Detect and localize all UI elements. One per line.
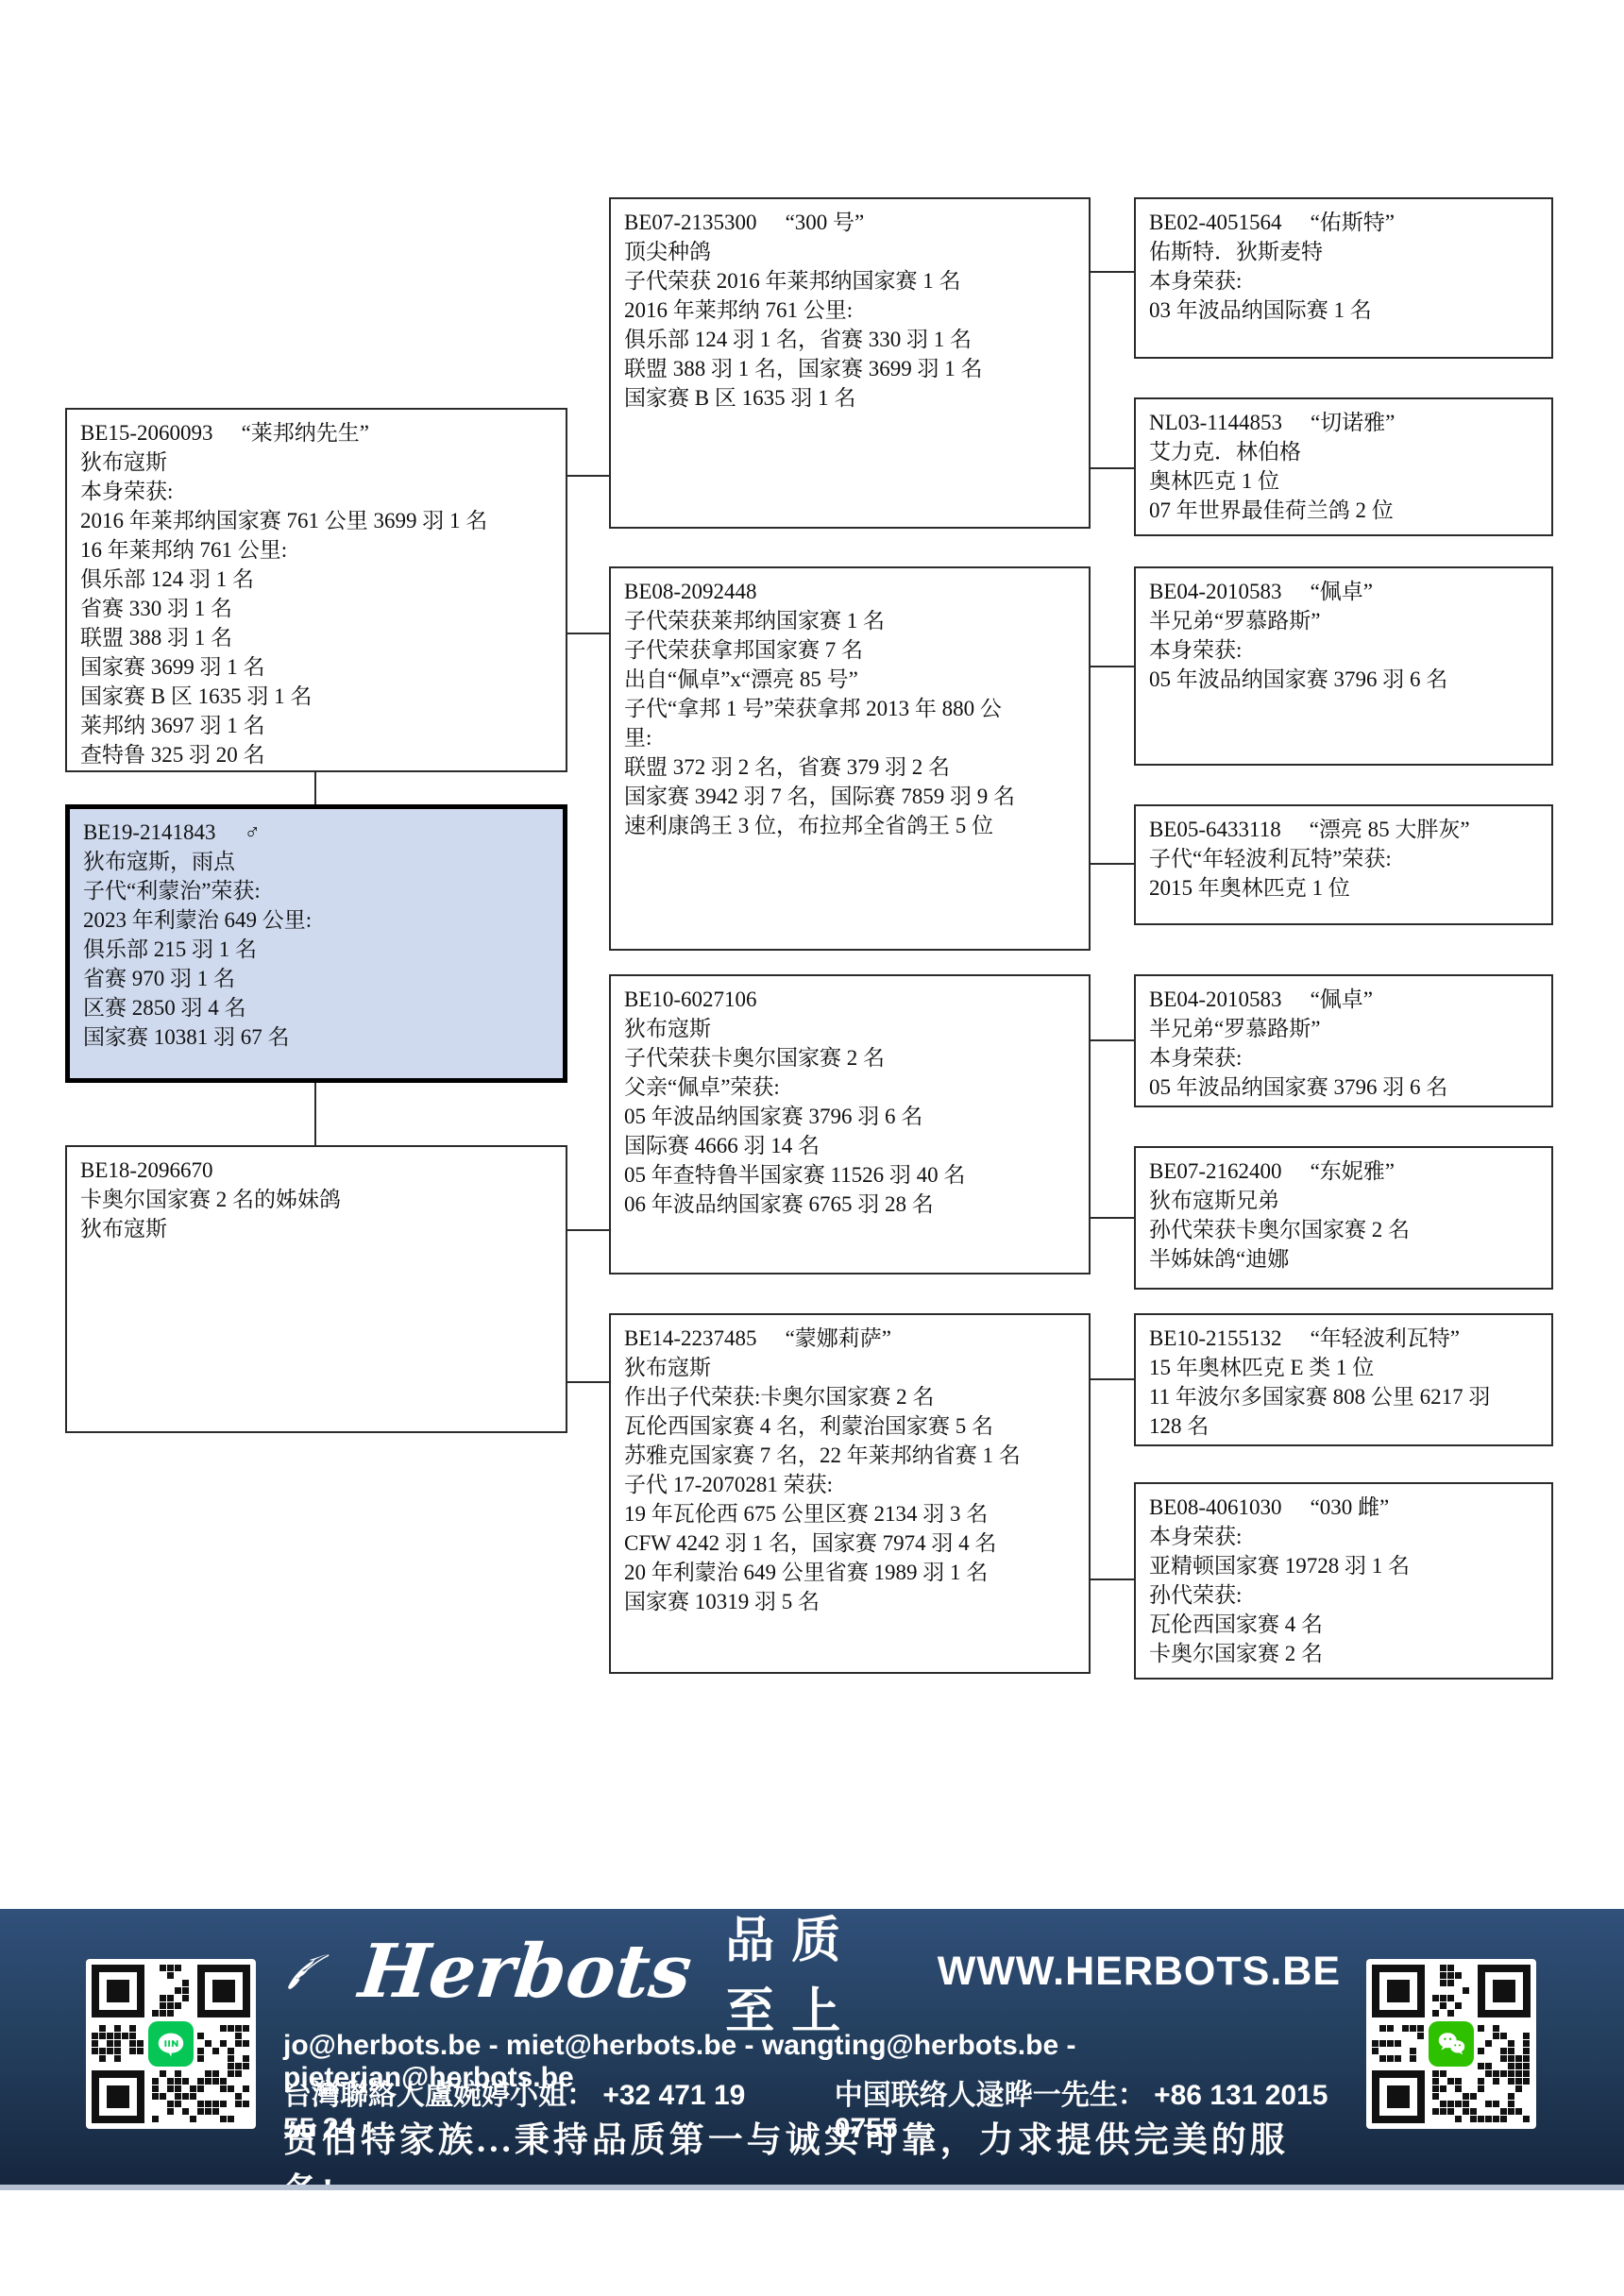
pigeon-details: 艾力克．林伯格奥林匹克 1 位07 年世界最佳荷兰鸽 2 位 (1149, 437, 1538, 525)
pedigree-box-dam-dam: BE14-2237485“蒙娜莉萨” 狄布寇斯作出子代荣获:卡奥尔国家赛 2 名… (609, 1313, 1091, 1674)
ring-number: BE04-2010583 (1149, 580, 1282, 603)
footer-banner: Herbots 品质至上 WWW.HERBOTS.BE jo@herbots.b… (0, 1909, 1624, 2185)
connector-line (567, 633, 609, 634)
connector-line (1091, 467, 1134, 469)
brand-wordmark: Herbots (356, 1929, 697, 2015)
box-header: NL03-1144853“切诺雅” (1149, 408, 1538, 437)
pigeon-details: 子代荣获莱邦纳国家赛 1 名子代荣获拿邦国家赛 7 名出自“佩卓”x“漂亮 85… (624, 606, 1075, 840)
ring-number: BE05-6433118 (1149, 818, 1281, 841)
connector-line (567, 475, 609, 477)
pigeon-details: 狄布寇斯作出子代荣获:卡奥尔国家赛 2 名瓦伦西国家赛 4 名，利蒙治国家赛 5… (624, 1353, 1075, 1616)
website-url: WWW.HERBOTS.BE (938, 1949, 1341, 1995)
connector-line (1091, 863, 1134, 865)
box-header: BE15-2060093“莱邦纳先生” (80, 418, 552, 447)
pigeon-details: 狄布寇斯本身荣获:2016 年莱邦纳国家赛 761 公里 3699 羽 1 名1… (80, 447, 552, 769)
pigeon-details: 狄布寇斯子代荣获卡奥尔国家赛 2 名父亲“佩卓”荣获:05 年波品纳国家赛 37… (624, 1014, 1075, 1219)
ring-number: BE07-2135300 (624, 211, 757, 234)
footer-bottom-strip (0, 2185, 1624, 2190)
box-header: BE18-2096670 (80, 1156, 552, 1185)
box-header: BE14-2237485“蒙娜莉萨” (624, 1324, 1075, 1353)
pigeon-details: 半兄弟“罗慕路斯”本身荣获:05 年波品纳国家赛 3796 羽 6 名 (1149, 606, 1538, 694)
box-header: BE10-2155132“年轻波利瓦特” (1149, 1324, 1538, 1353)
pedigree-box-dd-dam: BE08-4061030“030 雌” 本身荣获:亚精顿国家赛 19728 羽 … (1134, 1482, 1553, 1680)
ring-number: BE02-4051564 (1149, 211, 1282, 234)
pigeon-name: “年轻波利瓦特” (1311, 1326, 1460, 1350)
ring-number: BE08-4061030 (1149, 1495, 1282, 1519)
pigeon-name: “佩卓” (1311, 988, 1373, 1011)
pigeon-name: “莱邦纳先生” (242, 421, 369, 445)
pedigree-box-sire: BE15-2060093“莱邦纳先生” 狄布寇斯本身荣获:2016 年莱邦纳国家… (65, 408, 567, 772)
pedigree-box-sire-dam: BE08-2092448 子代荣获莱邦纳国家赛 1 名子代荣获拿邦国家赛 7 名… (609, 566, 1091, 951)
connector-line (1091, 1378, 1134, 1380)
connector-line (314, 772, 316, 804)
connector-line (1091, 271, 1134, 273)
pedigree-box-subject: BE19-2141843♂ 狄布寇斯，雨点子代“利蒙治”荣获:2023 年利蒙治… (65, 804, 567, 1083)
footer-center: Herbots 品质至上 WWW.HERBOTS.BE jo@herbots.b… (283, 1909, 1341, 2185)
pigeon-details: 15 年奥林匹克 E 类 1 位11 年波尔多国家赛 808 公里 6217 羽… (1149, 1353, 1538, 1441)
ring-number: BE14-2237485 (624, 1326, 757, 1350)
pedigree-box-ss-dam: NL03-1144853“切诺雅” 艾力克．林伯格奥林匹克 1 位07 年世界最… (1134, 397, 1553, 536)
ring-number: BE04-2010583 (1149, 988, 1282, 1011)
brand-tagline: 品质至上 (725, 1900, 913, 2042)
box-header: BE07-2135300“300 号” (624, 208, 1075, 237)
box-header: BE10-6027106 (624, 985, 1075, 1014)
pigeon-details: 半兄弟“罗慕路斯”本身荣获:05 年波品纳国家赛 3796 羽 6 名 (1149, 1014, 1538, 1102)
box-header: BE04-2010583“佩卓” (1149, 985, 1538, 1014)
ring-number: NL03-1144853 (1149, 411, 1282, 434)
pedigree-box-ss-sire: BE02-4051564“佑斯特” 佑斯特．狄斯麦特本身荣获:03 年波品纳国际… (1134, 197, 1553, 359)
pedigree-page: BE15-2060093“莱邦纳先生” 狄布寇斯本身荣获:2016 年莱邦纳国家… (0, 0, 1624, 2296)
pigeon-name: “佑斯特” (1311, 211, 1395, 234)
ring-number: BE08-2092448 (624, 580, 757, 603)
pigeon-details: 卡奥尔国家赛 2 名的姊妹鸽狄布寇斯 (80, 1185, 552, 1243)
feather-icon (283, 1945, 335, 1998)
ring-number: BE07-2162400 (1149, 1159, 1282, 1183)
box-header: BE08-2092448 (624, 577, 1075, 606)
ring-number: BE19-2141843 (83, 820, 216, 844)
ring-number: BE10-2155132 (1149, 1326, 1282, 1350)
connector-line (1091, 1578, 1134, 1580)
box-header: BE02-4051564“佑斯特” (1149, 208, 1538, 237)
slogan-line: 贺伯特家族...秉持品质第一与诚实可靠，力求提供完美的服务! (283, 2111, 1341, 2213)
pedigree-box-dd-sire: BE10-2155132“年轻波利瓦特” 15 年奥林匹克 E 类 1 位11 … (1134, 1313, 1553, 1446)
line-bubble-icon (155, 2028, 187, 2060)
connector-line (1091, 666, 1134, 667)
pigeon-name: “东妮雅” (1311, 1159, 1395, 1183)
box-header: BE04-2010583“佩卓” (1149, 577, 1538, 606)
brand-row: Herbots 品质至上 WWW.HERBOTS.BE (283, 1922, 1341, 2020)
pigeon-details: 子代“年轻波利瓦特”荣获:2015 年奥林匹克 1 位 (1149, 844, 1538, 903)
pedigree-box-ds-dam: BE07-2162400“东妮雅” 狄布寇斯兄弟孙代荣获卡奥尔国家赛 2 名半姊… (1134, 1146, 1553, 1290)
line-icon (148, 2021, 194, 2067)
pigeon-details: 狄布寇斯兄弟孙代荣获卡奥尔国家赛 2 名半姊妹鸽“迪娜 (1149, 1186, 1538, 1274)
pigeon-name: “蒙娜莉萨” (786, 1326, 891, 1350)
connector-line (314, 1083, 316, 1145)
box-header: BE19-2141843♂ (83, 818, 550, 847)
wechat-bubbles-icon (1435, 2028, 1467, 2060)
pigeon-name: “300 号” (786, 211, 865, 234)
pedigree-box-sire-sire: BE07-2135300“300 号” 顶尖种鸽子代荣获 2016 年莱邦纳国家… (609, 197, 1091, 529)
ring-number: BE15-2060093 (80, 421, 213, 445)
pedigree-box-sd-dam: BE05-6433118“漂亮 85 大胖灰” 子代“年轻波利瓦特”荣获:201… (1134, 804, 1553, 925)
wechat-icon (1429, 2021, 1474, 2067)
pedigree-box-dam-sire: BE10-6027106 狄布寇斯子代荣获卡奥尔国家赛 2 名父亲“佩卓”荣获:… (609, 974, 1091, 1275)
wechat-qr-code (1366, 1959, 1536, 2129)
pigeon-details: 佑斯特．狄斯麦特本身荣获:03 年波品纳国际赛 1 名 (1149, 237, 1538, 325)
pigeon-name: “切诺雅” (1311, 411, 1395, 434)
pedigree-box-sd-sire: BE04-2010583“佩卓” 半兄弟“罗慕路斯”本身荣获:05 年波品纳国家… (1134, 566, 1553, 766)
connector-line (1091, 1217, 1134, 1219)
connector-line (567, 1229, 609, 1231)
box-header: BE05-6433118“漂亮 85 大胖灰” (1149, 815, 1538, 844)
ring-number: BE18-2096670 (80, 1158, 213, 1182)
pigeon-details: 本身荣获:亚精顿国家赛 19728 羽 1 名孙代荣获:瓦伦西国家赛 4 名卡奥… (1149, 1522, 1538, 1668)
pedigree-box-dam: BE18-2096670 卡奥尔国家赛 2 名的姊妹鸽狄布寇斯 (65, 1145, 567, 1433)
box-header: BE08-4061030“030 雌” (1149, 1493, 1538, 1522)
pigeon-name: “漂亮 85 大胖灰” (1310, 818, 1470, 841)
male-symbol: ♂ (245, 820, 261, 844)
line-qr-code (86, 1959, 256, 2129)
pigeon-name: “030 雌” (1311, 1495, 1390, 1519)
pigeon-details: 狄布寇斯，雨点子代“利蒙治”荣获:2023 年利蒙治 649 公里:俱乐部 21… (83, 847, 550, 1052)
connector-line (1091, 1039, 1134, 1041)
ring-number: BE10-6027106 (624, 988, 757, 1011)
pedigree-box-ds-sire: BE04-2010583“佩卓” 半兄弟“罗慕路斯”本身荣获:05 年波品纳国家… (1134, 974, 1553, 1107)
connector-line (567, 1381, 609, 1383)
box-header: BE07-2162400“东妮雅” (1149, 1156, 1538, 1186)
pigeon-name: “佩卓” (1311, 580, 1373, 603)
pigeon-details: 顶尖种鸽子代荣获 2016 年莱邦纳国家赛 1 名2016 年莱邦纳 761 公… (624, 237, 1075, 413)
